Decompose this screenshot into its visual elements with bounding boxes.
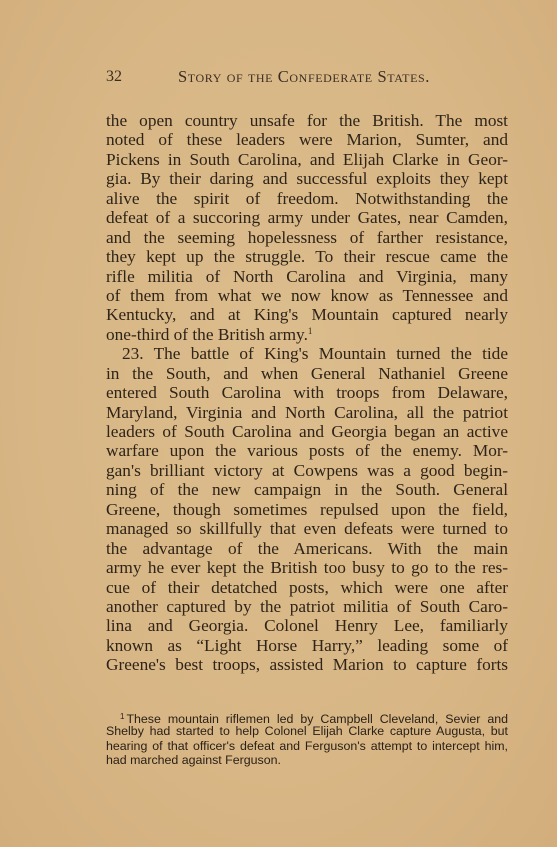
footnote-mark: 1 [120, 712, 124, 721]
text-line: ning of the new campaign in the South. G… [106, 480, 508, 499]
text-line: and the seeming hopelessness of farther … [106, 228, 508, 247]
text-line: lina and Georgia. Colonel Henry Lee, fam… [106, 616, 508, 635]
text-line: they kept up the struggle. To their resc… [106, 247, 508, 266]
page-number: 32 [106, 66, 122, 88]
text-line: Greene's best troops, assisted Marion to… [106, 655, 508, 674]
text-line: gia. By their daring and successful expl… [106, 169, 508, 188]
text-line: Maryland, Virginia and North Carolina, a… [106, 403, 508, 422]
footnote: 1These mountain riflemen led by Campbell… [106, 710, 508, 767]
running-title: Story of the Confederate States. [178, 66, 430, 88]
footnote-line: Shelby had started to help Colonel Elija… [106, 724, 508, 738]
text-line: the open country unsafe for the British.… [106, 111, 508, 130]
text-line: known as “Light Horse Harry,” leading so… [106, 636, 508, 655]
text-line: entered South Carolina with troops from … [106, 383, 508, 402]
text-line: in the South, and when General Nathaniel… [106, 364, 508, 383]
footnote-line: 1These mountain riflemen led by Campbell… [106, 710, 508, 724]
text-line: defeat of a succoring army under Gates, … [106, 208, 508, 227]
text-line: leaders of South Carolina and Georgia be… [106, 422, 508, 441]
text-line: army he ever kept the British too busy t… [106, 558, 508, 577]
body-text: the open country unsafe for the British.… [106, 111, 508, 675]
text-line: another captured by the patriot militia … [106, 597, 508, 616]
footnote-line: had marched against Ferguson. [106, 753, 508, 767]
text-line: of them from what we now know as Tenness… [106, 286, 508, 305]
page-header: 32 Story of the Confederate States. [106, 66, 508, 88]
text-line: Pickens in South Carolina, and Elijah Cl… [106, 150, 508, 169]
text-line: cue of their detatched posts, which were… [106, 578, 508, 597]
text-line: managed so skillfully that even defeats … [106, 519, 508, 538]
text-line: one-third of the British army. [106, 325, 308, 344]
text-line: alive the spirit of freedom. Notwithstan… [106, 189, 508, 208]
text-line: the advantage of the Americans. With the… [106, 539, 508, 558]
footnote-line: hearing of that officer's defeat and Fer… [106, 739, 508, 753]
text-line: warfare upon the various posts of the en… [106, 441, 508, 460]
paragraph-23-start: 23. The battle of King's Mountain turned… [106, 344, 508, 363]
text-line: noted of these leaders were Marion, Sumt… [106, 130, 508, 149]
text-line: rifle militia of North Carolina and Virg… [106, 267, 508, 286]
text-line: Greene, though sometimes repulsed upon t… [106, 500, 508, 519]
text-line-with-footnote: one-third of the British army.1 [106, 325, 508, 344]
book-page: 32 Story of the Confederate States. the … [0, 0, 557, 847]
text-line: gan's brilliant victory at Cowpens was a… [106, 461, 508, 480]
footnote-reference: 1 [308, 326, 313, 336]
text-line: Kentucky, and at King's Mountain capture… [106, 305, 508, 324]
